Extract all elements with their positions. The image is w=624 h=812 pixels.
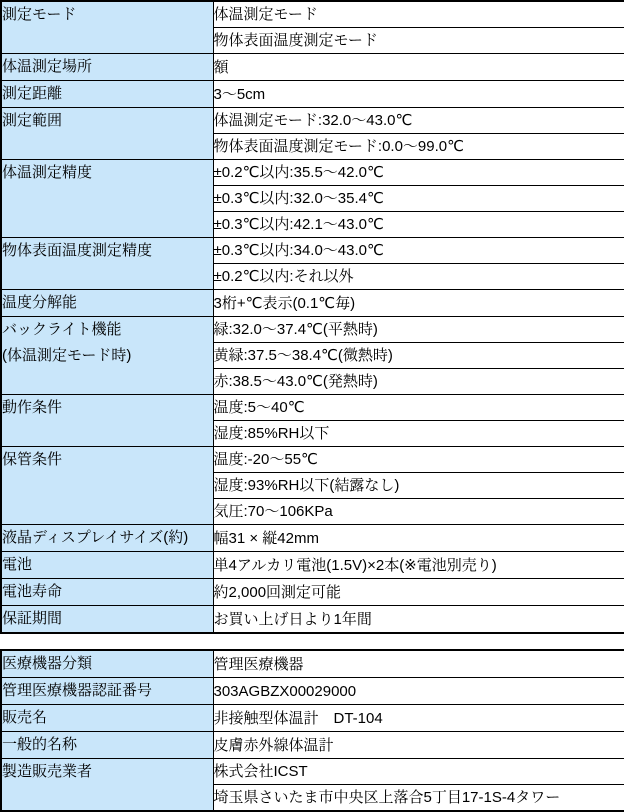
table-row: 保管条件温度:-20～55℃ [1,447,624,473]
row-label-cell: 電池 [1,552,213,579]
row-value-cell: ±0.3℃以内:32.0～35.4℃ [213,186,624,212]
table-row: 電池寿命約2,000回測定可能 [1,579,624,606]
row-label: 製造販売業者 [2,759,213,785]
row-label: 保証期間 [2,606,213,632]
row-label-cell: 測定距離 [1,81,213,108]
row-label: 体温測定精度 [2,160,213,186]
row-value-cell: ±0.2℃以内:それ以外 [213,264,624,290]
row-label-cell: 測定モード [1,1,213,54]
row-label-cell: 体温測定場所 [1,54,213,81]
row-label: 温度分解能 [2,290,213,316]
row-value-cell: 非接触型体温計 DT-104 [213,705,624,732]
row-value-cell: 管理医療機器 [213,650,624,678]
row-label: 電池寿命 [2,579,213,605]
row-label: 動作条件 [2,395,213,421]
row-label-line2: (体温測定モード時) [2,343,213,369]
row-label-cell: 物体表面温度測定精度 [1,238,213,290]
row-value-cell: 物体表面温度測定モード:0.0～99.0℃ [213,134,624,160]
row-label-cell: 液晶ディスプレイサイズ(約) [1,525,213,552]
row-value-cell: 湿度:93%RH以下(結露なし) [213,473,624,499]
table-row: 販売名非接触型体温計 DT-104 [1,705,624,732]
row-value-cell: 黄緑:37.5～38.4℃(微熱時) [213,343,624,369]
row-label: 測定モード [2,2,213,28]
table-row: 電池単4アルカリ電池(1.5V)×2本(※電池別売り) [1,552,624,579]
row-label: 医療機器分類 [2,651,213,677]
row-value-cell: ±0.2℃以内:35.5～42.0℃ [213,160,624,186]
row-value-cell: 幅31 × 縦42mm [213,525,624,552]
row-label-cell: 温度分解能 [1,290,213,317]
row-value-cell: ±0.3℃以内:34.0～43.0℃ [213,238,624,264]
row-label-cell: 測定範囲 [1,108,213,160]
row-value-cell: ±0.3℃以内:42.1～43.0℃ [213,212,624,238]
row-label-cell: 販売名 [1,705,213,732]
row-value-cell: 湿度:85%RH以下 [213,421,624,447]
table-row: 物体表面温度測定精度±0.3℃以内:34.0～43.0℃ [1,238,624,264]
row-label: 販売名 [2,705,213,731]
row-value-cell: 気圧:70～106KPa [213,499,624,525]
row-label-cell: 電池寿命 [1,579,213,606]
row-value-cell: 株式会社ICST [213,759,624,785]
row-value-cell: 緑:32.0～37.4℃(平熱時) [213,317,624,343]
row-value-cell: 3桁+℃表示(0.1℃毎) [213,290,624,317]
row-value-cell: 物体表面温度測定モード [213,28,624,54]
table-row: 液晶ディスプレイサイズ(約)幅31 × 縦42mm [1,525,624,552]
row-label: 一般的名称 [2,732,213,758]
table-row: 製造販売業者株式会社ICST [1,759,624,785]
row-label: 保管条件 [2,447,213,473]
row-label-cell: 医療機器分類 [1,650,213,678]
table-gap [0,634,624,649]
row-value-cell: 埼玉県さいたま市中央区上落合5丁目17-1S-4タワー [213,785,624,812]
row-value-cell: 体温測定モード [213,1,624,28]
row-label-cell: 製造販売業者 [1,759,213,812]
row-label-cell: バックライト機能(体温測定モード時) [1,317,213,395]
spec-table: 測定モード体温測定モード物体表面温度測定モード体温測定場所額測定距離3～5cm測… [0,0,624,634]
row-value-cell: 303AGBZX00029000 [213,678,624,705]
row-value-cell: 赤:38.5～43.0℃(発熱時) [213,369,624,395]
row-label-cell: 保証期間 [1,606,213,634]
row-value-cell: 約2,000回測定可能 [213,579,624,606]
row-value-cell: 体温測定モード:32.0～43.0℃ [213,108,624,134]
table-row: 体温測定場所額 [1,54,624,81]
row-label: 測定距離 [2,81,213,107]
table-row: 測定モード体温測定モード [1,1,624,28]
row-value-cell: 温度:-20～55℃ [213,447,624,473]
device-info-table: 医療機器分類管理医療機器管理医療機器認証番号303AGBZX00029000販売… [0,649,624,812]
table-row: 一般的名称皮膚赤外線体温計 [1,732,624,759]
row-value-cell: 単4アルカリ電池(1.5V)×2本(※電池別売り) [213,552,624,579]
table-row: 管理医療機器認証番号303AGBZX00029000 [1,678,624,705]
table-row: 体温測定精度±0.2℃以内:35.5～42.0℃ [1,160,624,186]
row-label: バックライト機能 [2,317,213,343]
row-label: 管理医療機器認証番号 [2,678,213,704]
row-value-cell: 額 [213,54,624,81]
row-label-cell: 動作条件 [1,395,213,447]
table-row: バックライト機能(体温測定モード時)緑:32.0～37.4℃(平熱時) [1,317,624,343]
row-label-cell: 一般的名称 [1,732,213,759]
table-row: 測定範囲体温測定モード:32.0～43.0℃ [1,108,624,134]
row-label-cell: 管理医療機器認証番号 [1,678,213,705]
table-row: 測定距離3～5cm [1,81,624,108]
row-label: 測定範囲 [2,108,213,134]
row-label: 電池 [2,552,213,578]
table-row: 保証期間お買い上げ日より1年間 [1,606,624,634]
row-value-cell: 3～5cm [213,81,624,108]
row-label: 物体表面温度測定精度 [2,238,213,264]
table-row: 医療機器分類管理医療機器 [1,650,624,678]
table-row: 動作条件温度:5～40℃ [1,395,624,421]
row-value-cell: 温度:5～40℃ [213,395,624,421]
table-row: 温度分解能3桁+℃表示(0.1℃毎) [1,290,624,317]
row-label: 体温測定場所 [2,54,213,80]
row-label-cell: 保管条件 [1,447,213,525]
row-label-cell: 体温測定精度 [1,160,213,238]
row-label: 液晶ディスプレイサイズ(約) [2,525,213,551]
row-value-cell: 皮膚赤外線体温計 [213,732,624,759]
row-value-cell: お買い上げ日より1年間 [213,606,624,634]
